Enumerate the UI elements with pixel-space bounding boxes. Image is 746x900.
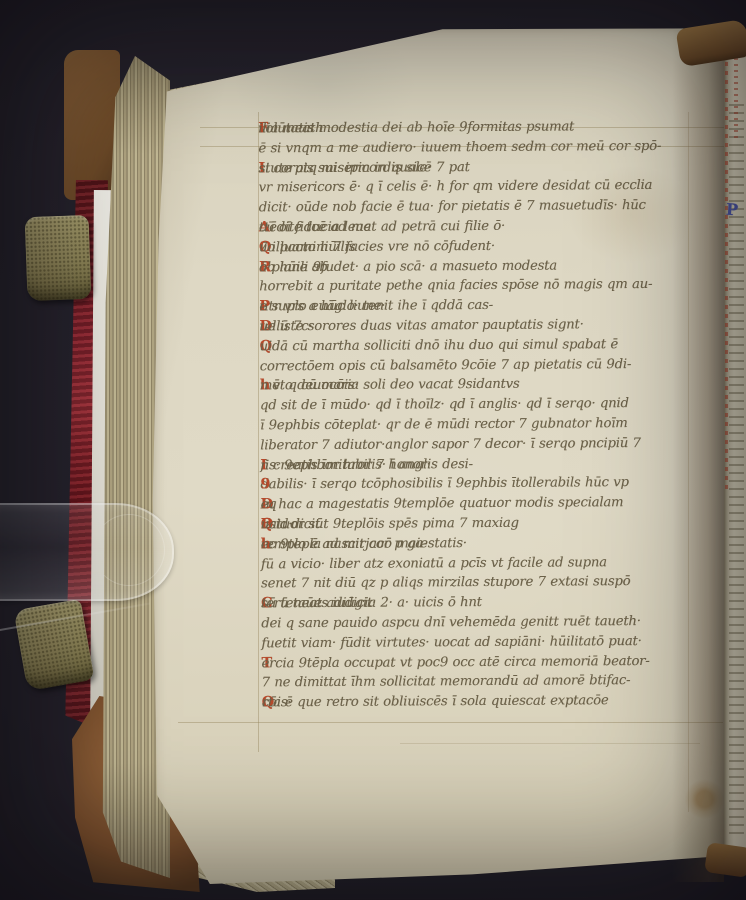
manuscript-line: dicit· oūde nob facie ē tua· for pietati… bbox=[259, 196, 703, 219]
ink-text: ttēdite tcē ad me bbox=[259, 218, 371, 238]
manuscript-line: senet 7 nit diū qz p aliqs mirzilas stup… bbox=[261, 572, 705, 595]
ink-text: stute atq misericordis sicē 7 pat bbox=[258, 158, 469, 179]
ink-text: uo pacto hūilis bbox=[259, 238, 355, 258]
manuscript-line: fis· 9ephbor hror 7 honor· In creatis īm… bbox=[260, 453, 704, 476]
acrylic-page-holder-strip bbox=[0, 503, 174, 601]
manuscript-line: tellū 7c· Due iste sorores duas vitas am… bbox=[259, 315, 703, 338]
manuscript-line: si corpis sui· ipm in quale· Istute atq … bbox=[258, 156, 702, 179]
manuscript-line: 7 ne dimittat īhm sollicitat memorandū a… bbox=[262, 671, 706, 694]
manuscript-line: dabilis· ī serqo tcōphosibilis ī 9ephbis… bbox=[260, 473, 704, 496]
ink-text: ercia 9tēpla occupat vt poc9 occ atē cir… bbox=[261, 651, 649, 673]
ink-text: ec 9tepla nascit cor p ga- bbox=[261, 534, 427, 555]
ink-text: qd sit de ī mūdo· qd ī thoīlz· qd ī angl… bbox=[260, 394, 629, 416]
ink-text: fuetit viam· fūdit virtutes· uocat ad sa… bbox=[261, 632, 641, 654]
manuscript-line: fuetit viam· fūdit virtutes· uocat ad sa… bbox=[261, 631, 705, 654]
manuscript-line: ē si vnqm a me audiero· iuuem thoem sedm… bbox=[258, 136, 702, 159]
manuscript-line: fū a vicio· liber atz exoniatū a pcīs vt… bbox=[261, 552, 705, 575]
manuscript-line: sū teneat adiūgit· 2· a· uicis ō hnt Cte… bbox=[261, 592, 705, 615]
manuscript-line: ī 9ephbis cōteplat· qr de ē mūdi rector … bbox=[260, 414, 704, 437]
facing-page-sliver: P bbox=[724, 56, 746, 866]
ink-text: ē si vnqm a me audiero· iuuem thoem sedm… bbox=[258, 137, 661, 159]
ink-text: n v· q cū maria soli deo vacat 9sidantvs bbox=[260, 375, 520, 396]
ink-text: eq bbox=[260, 495, 276, 515]
ink-text: uidā cū martha solliciti dnō ihu duo qui… bbox=[260, 335, 619, 357]
manuscript-line: titr vrs a hūc liune· Pe suplo euāglo· t… bbox=[259, 295, 703, 318]
acrylic-strip-highlight bbox=[93, 514, 165, 586]
ink-text: e suplo euāglo· tenit ihe ī qddā cas- bbox=[259, 296, 493, 317]
ink-text: ue iste sorores duas vitas amator paupta… bbox=[259, 315, 583, 337]
ink-text: correctōem opis cū balsamēto 9cōie 7 ap … bbox=[260, 355, 631, 377]
facing-page-red-penwork bbox=[725, 62, 728, 492]
manuscript-line: volūtatis modestia dei ab hoīe 9formitas… bbox=[258, 117, 702, 140]
facing-page-blue-initial: P bbox=[725, 200, 738, 220]
clasp-strap-bottom bbox=[13, 599, 94, 692]
ink-text: dei q sane pauido aspcu dnī vehemēda gen… bbox=[261, 612, 641, 634]
manuscript-line: qd sit de ī mūdo· qd ī thoīlz· qd ī angl… bbox=[260, 394, 704, 417]
facing-page-red-penwork bbox=[734, 58, 738, 138]
ink-text: terū taūes iudicia bbox=[261, 594, 376, 614]
ink-text: ilia meath bbox=[258, 119, 323, 139]
ink-text: ō plane ab bbox=[259, 258, 328, 278]
manuscript-line: liberator 7 adiutor·anglor sapor 7 decor… bbox=[260, 433, 704, 456]
ink-text: 7 ne dimittat īhm sollicitat memorandū a… bbox=[262, 671, 631, 693]
manuscript-line: Tercia 9tēpla occupat vt poc9 occ atē ci… bbox=[261, 651, 705, 674]
manuscript-line: templo ē ad mirjacō maiestatis· hec 9tep… bbox=[261, 532, 705, 555]
ink-text: n creatis īmitabilis· ī anglis desi- bbox=[260, 455, 473, 476]
ruling-line bbox=[400, 743, 700, 744]
manuscript-line: dei q sane pauido aspcu dnī vehemēda gen… bbox=[261, 612, 705, 635]
ink-text: dicit· oūde nob facie ē tua· for pietati… bbox=[259, 196, 646, 218]
gutter-shadow bbox=[672, 30, 724, 882]
manuscript-line: cū oī fiducia leuat ad petrā cui filie ō… bbox=[259, 216, 703, 239]
clasp-strap-top bbox=[25, 215, 92, 301]
photo-stage: volūtatis modestia dei ab hoīe 9formitas… bbox=[0, 0, 746, 900]
manuscript-line: correctōem opis cū balsamēto 9cōie 7 ap … bbox=[260, 354, 704, 377]
ink-text: liberator 7 adiutor·anglor sapor 7 decor… bbox=[260, 434, 641, 456]
manuscript-line: mēto deuocōis· hn v· q cū maria soli deo… bbox=[260, 374, 704, 397]
manuscript-line: lz id· B· sic dicit Quatuor sūt 9teplōis… bbox=[261, 513, 705, 536]
ink-text: senet 7 nit diū qz p aliqs mirzilas stup… bbox=[261, 572, 630, 594]
ink-text: fū a vicio· liber atz exoniatū a pcīs vt… bbox=[261, 553, 607, 575]
ink-text: dabilis· ī serqo tcōphosibilis ī 9ephbis… bbox=[260, 473, 628, 495]
manuscript-line: cōis· Qrta ē que retro sit obliuiscēs ī … bbox=[262, 691, 706, 714]
text-block: volūtatis modestia dei ab hoīe 9formitas… bbox=[258, 117, 706, 714]
ink-text: horrebit a puritate pethe qnia facies sp… bbox=[259, 275, 652, 297]
rubricated-initial: 9 bbox=[260, 476, 270, 496]
ink-text: rta ē que retro sit obliuiscēs ī sola qu… bbox=[262, 691, 609, 713]
manuscript-line: vr misericors ē· q ī celis ē· h for qm v… bbox=[259, 176, 703, 199]
ruling-line bbox=[178, 722, 723, 723]
ink-text: vr misericors ē· q ī celis ē· h for qm v… bbox=[259, 176, 653, 198]
manuscript-line: 7 illuamini 7 facies vre nō cōfudent· Qu… bbox=[259, 235, 703, 258]
manuscript-line: horrebit a puritate pethe qnia facies sp… bbox=[259, 275, 703, 298]
ink-text: ī 9ephbis cōteplat· qr de ē mūdi rector … bbox=[260, 414, 628, 436]
ink-text: uatuor sūt 9teplōis spēs pima 7 maxiag bbox=[261, 514, 519, 535]
ink-text: In hac a magestatis 9templōe quatuor mod… bbox=[260, 493, 623, 515]
manuscript-line: In hac a magestatis 9templōe quatuor mod… bbox=[260, 493, 704, 516]
manuscript-line: Quidā cū martha solliciti dnō ihu duo qu… bbox=[260, 334, 704, 357]
manuscript-line: ab hūili 9fudet· a pio scā· a masueto mo… bbox=[259, 255, 703, 278]
leather-tailcap bbox=[704, 842, 746, 878]
